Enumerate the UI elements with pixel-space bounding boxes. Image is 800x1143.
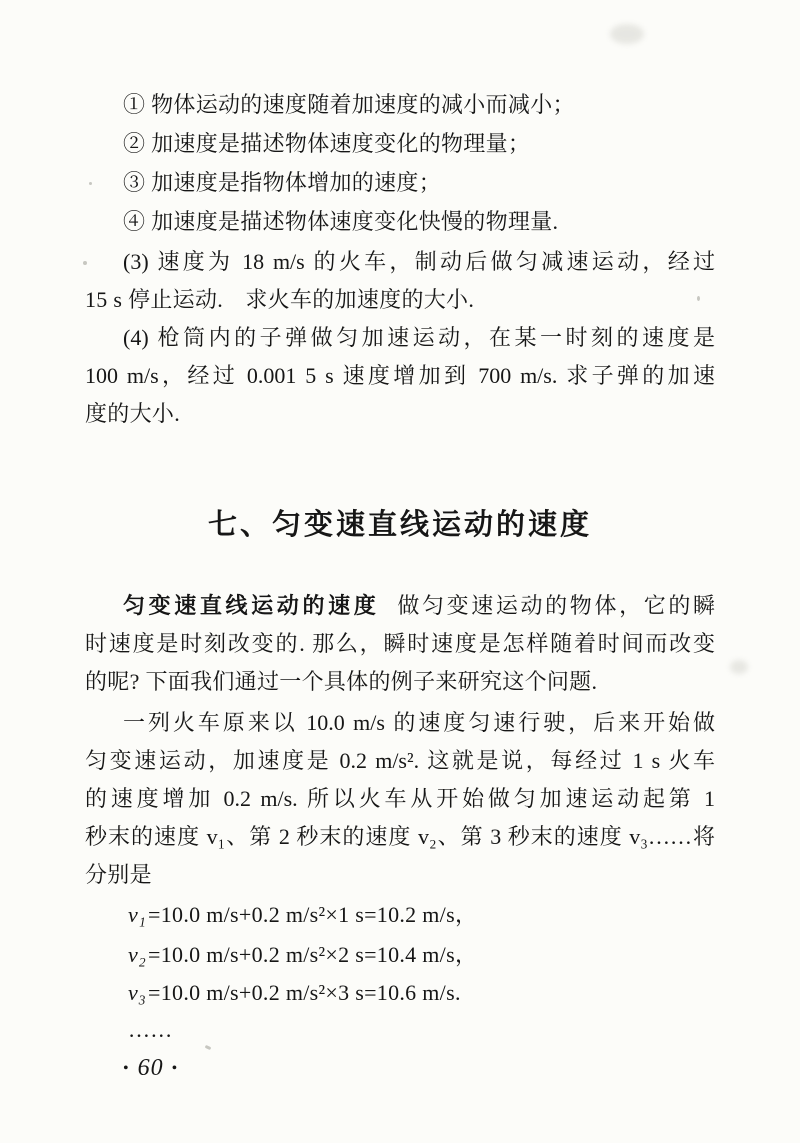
page-number-value: 60 xyxy=(138,1055,164,1081)
paragraph1-lead: 匀变速直线运动的速度 xyxy=(123,593,379,618)
paragraph1-line: 时速度是时刻改变的. 那么，瞬时速度是怎样随着时间而改变 xyxy=(85,625,715,663)
formula-ellipsis: …… xyxy=(128,1011,715,1049)
page-number: •60• xyxy=(115,1050,186,1086)
exercise-item: ① 物体运动的速度随着加速度的减小而减小； xyxy=(123,86,715,124)
scanned-book-page: ① 物体运动的速度随着加速度的减小而减小； ② 加速度是描述物体速度变化的物理量… xyxy=(0,0,800,1143)
paragraph2-line: 分别是 xyxy=(85,856,715,894)
page-number-bullet: • xyxy=(164,1060,187,1077)
section-heading: 七、匀变速直线运动的速度 xyxy=(85,507,715,543)
problem4-line: 度的大小. xyxy=(85,395,715,433)
problem4-line: (4) 枪筒内的子弹做匀加速运动，在某一时刻的速度是 xyxy=(123,319,715,357)
problem3-line: 15 s 停止运动. 求火车的加速度的大小. xyxy=(85,281,715,319)
formula-line: v₂=10.0 m/s+0.2 m/s²×2 s=10.4 m/s， xyxy=(128,936,715,974)
page-number-bullet: • xyxy=(115,1060,138,1077)
scan-smudge xyxy=(610,24,644,44)
paragraph1-text: 做匀变速运动的物体，它的瞬 xyxy=(397,593,715,618)
scan-speck xyxy=(89,182,92,185)
formula-variable: v₂ xyxy=(128,942,148,967)
text-column: ① 物体运动的速度随着加速度的减小而减小； ② 加速度是描述物体速度变化的物理量… xyxy=(85,0,715,1143)
paragraph1-line: 匀变速直线运动的速度做匀变速运动的物体，它的瞬 xyxy=(123,587,715,625)
paragraph2-line: 匀变速运动，加速度是 0.2 m/s². 这就是说，每经过 1 s 火车 xyxy=(85,742,715,780)
scan-smudge xyxy=(730,660,748,674)
problem4-line: 100 m/s，经过 0.001 5 s 速度增加到 700 m/s. 求子弹的… xyxy=(85,357,715,395)
scan-speck xyxy=(83,261,87,265)
paragraph2-line: 秒末的速度 v₁、第 2 秒末的速度 v₂、第 3 秒末的速度 v₃……将 xyxy=(85,818,715,856)
formula-variable: v₃ xyxy=(128,980,148,1005)
formula-body: =10.0 m/s+0.2 m/s²×3 s=10.6 m/s. xyxy=(148,980,461,1005)
exercise-item: ④ 加速度是描述物体速度变化快慢的物理量. xyxy=(123,203,715,241)
formula-line: v₁=10.0 m/s+0.2 m/s²×1 s=10.2 m/s， xyxy=(128,896,715,934)
formula-line: v₃=10.0 m/s+0.2 m/s²×3 s=10.6 m/s. xyxy=(128,974,715,1012)
exercise-item: ③ 加速度是指物体增加的速度； xyxy=(123,164,715,202)
formula-body: =10.0 m/s+0.2 m/s²×1 s=10.2 m/s， xyxy=(148,902,477,927)
paragraph2-line: 一列火车原来以 10.0 m/s 的速度匀速行驶，后来开始做 xyxy=(123,704,715,742)
formula-body: =10.0 m/s+0.2 m/s²×2 s=10.4 m/s， xyxy=(148,942,477,967)
formula-variable: v₁ xyxy=(128,902,148,927)
scan-speck xyxy=(697,296,700,301)
problem3-line: (3) 速度为 18 m/s 的火车，制动后做匀减速运动，经过 xyxy=(123,243,715,281)
exercise-item: ② 加速度是描述物体速度变化的物理量； xyxy=(123,125,715,163)
paragraph2-line: 的速度增加 0.2 m/s. 所以火车从开始做匀加速运动起第 1 xyxy=(85,780,715,818)
paragraph1-line: 的呢? 下面我们通过一个具体的例子来研究这个问题. xyxy=(85,663,715,701)
